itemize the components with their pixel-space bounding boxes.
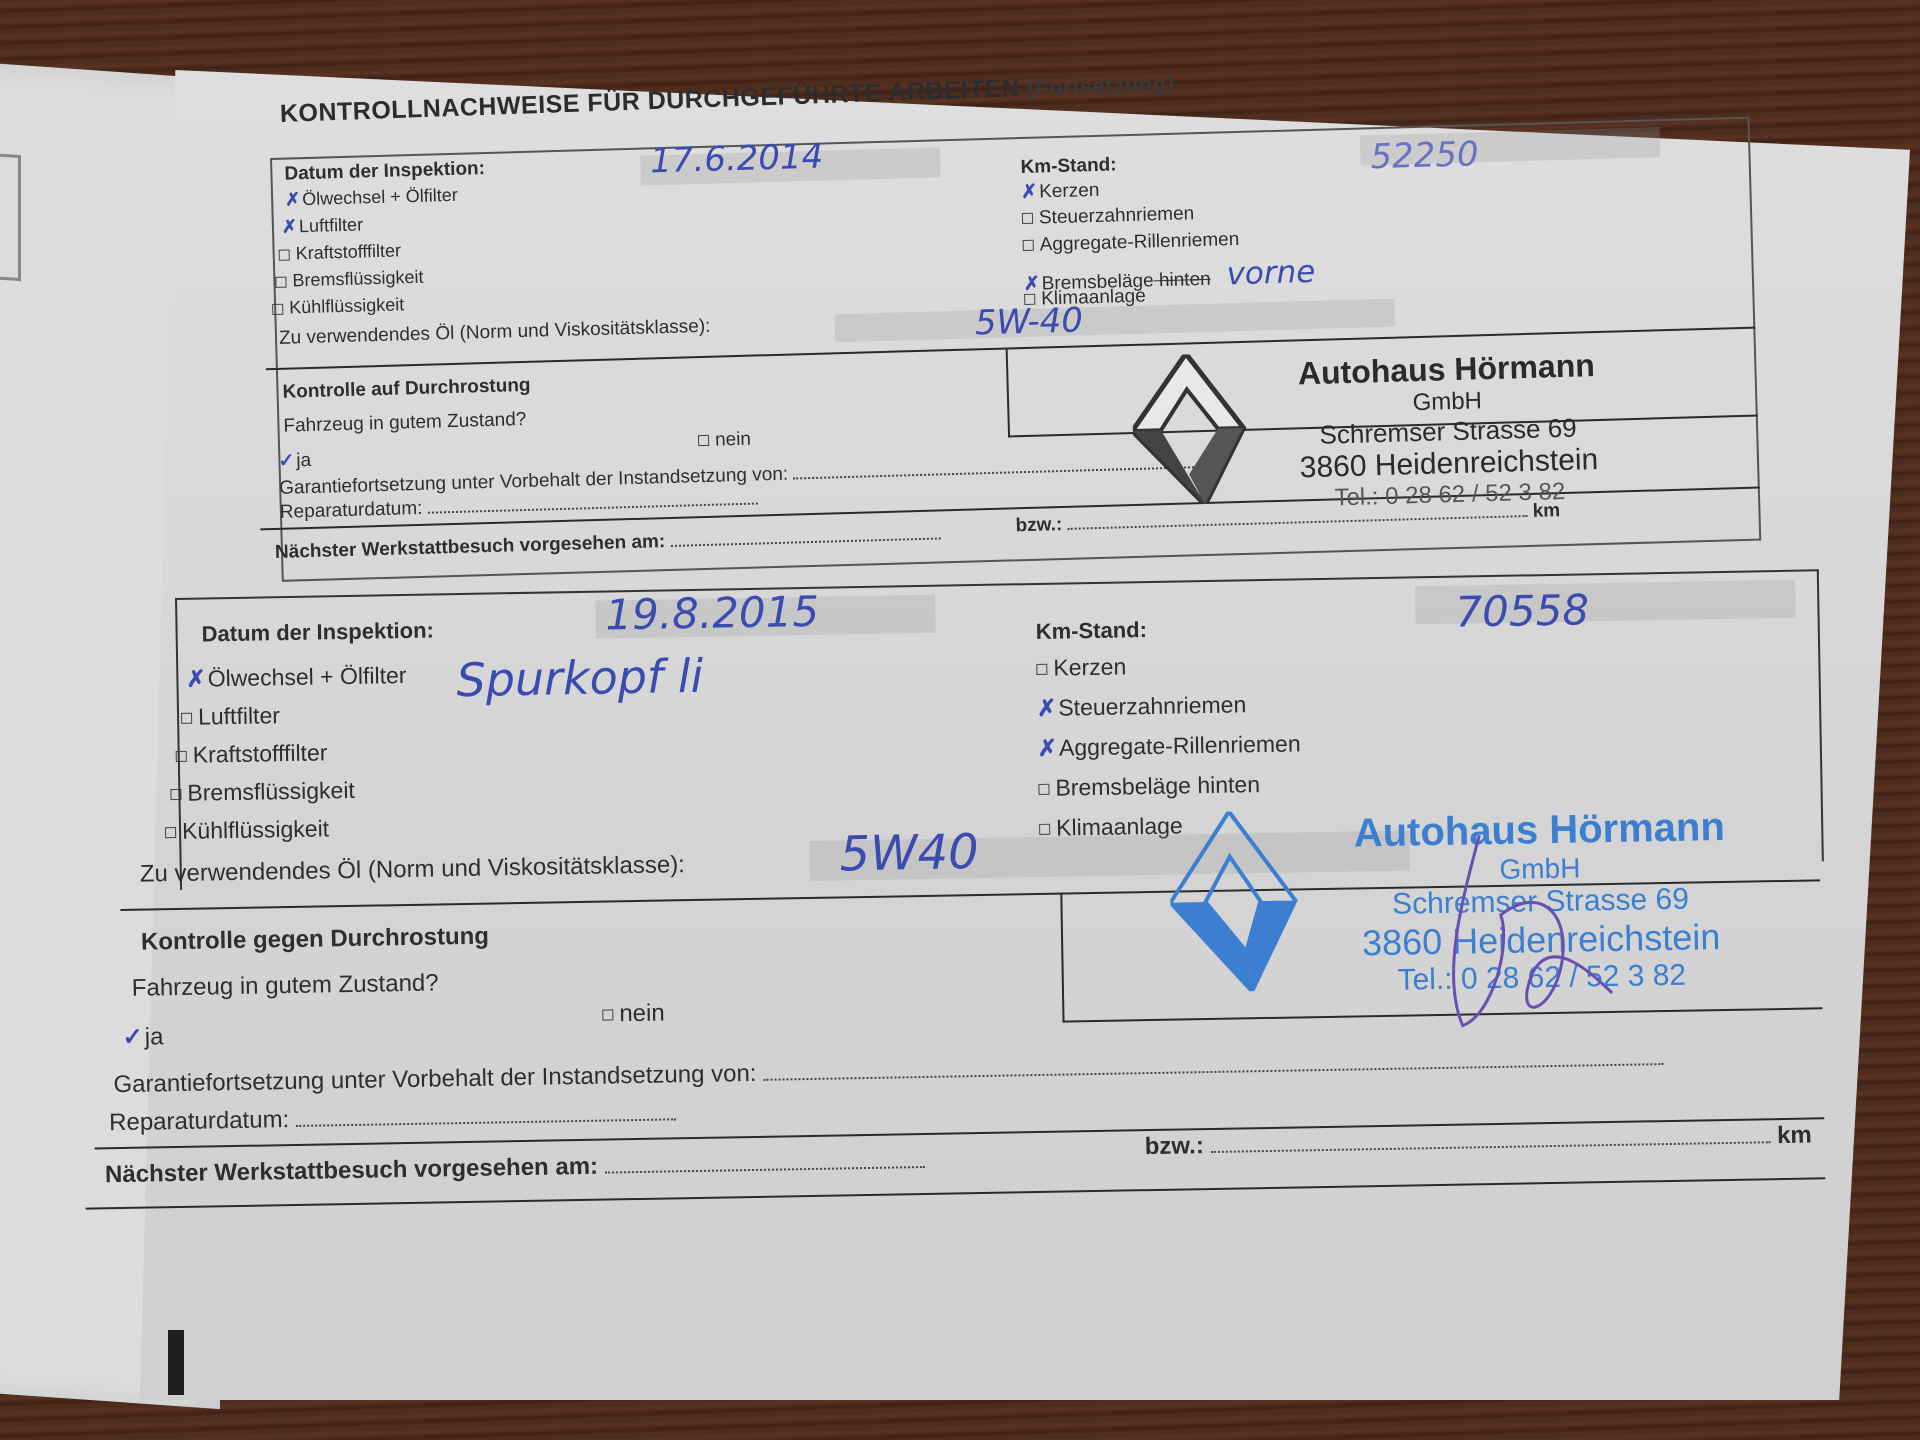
checklist-label: Ölwechsel + Ölfilter [302, 185, 458, 209]
km-stand-label: Km-Stand: [1035, 617, 1147, 645]
checklist-label: Kerzen [1039, 180, 1100, 203]
form-sheet: KONTROLLNACHWEISE FÜR DURCHGEFÜHRTE ARBE… [0, 0, 1920, 1440]
title-suffix: (Fortsetzung) [1027, 71, 1175, 101]
struck-text: hinten [1153, 269, 1211, 292]
handwritten-annotation[interactable]: vorne [1226, 254, 1316, 292]
checkbox-icon[interactable] [1023, 240, 1034, 251]
page-title: KONTROLLNACHWEISE FÜR DURCHGEFÜHRTE ARBE… [279, 69, 1174, 129]
checked-mark-icon[interactable]: ✗ [282, 216, 298, 236]
checklist-item[interactable]: Luftfilter [181, 702, 280, 731]
inspection-entry-2: Datum der Inspektion: 19.8.2015 Km-Stand… [175, 569, 1846, 1238]
checklist-label: Aggregate-Rillenriemen [1059, 730, 1301, 760]
checkbox-icon[interactable] [1038, 784, 1049, 795]
checklist-label: Steuerzahnriemen [1039, 203, 1195, 228]
checklist-label: Luftfilter [198, 702, 280, 729]
dealer-stamp-1: Autohaus Hörmann GmbH Schremser Strasse … [1236, 345, 1660, 515]
checkbox-icon[interactable] [165, 827, 176, 838]
checklist-item[interactable]: ✗Steuerzahnriemen [1037, 691, 1247, 722]
checklist-item[interactable]: Bremsbeläge hinten [1038, 771, 1260, 802]
checklist-item[interactable]: Kerzen [1036, 653, 1126, 682]
warranty-row: Garantiefortsetzung unter Vorbehalt der … [113, 1044, 1663, 1099]
checked-mark-icon[interactable]: ✗ [1038, 735, 1058, 761]
checklist-item[interactable]: Kraftstofffilter [176, 739, 328, 769]
checklist-label: Kraftstofffilter [295, 240, 401, 263]
inspection-entry-1: Datum der Inspektion: 17.6.2014 Km-Stand… [270, 117, 1762, 598]
checklist-item[interactable]: Bremsflüssigkeit [170, 777, 355, 807]
checklist-label: Kraftstofffilter [193, 739, 328, 767]
no-option[interactable]: nein [602, 1000, 665, 1029]
checkbox-icon[interactable] [1036, 664, 1047, 675]
checked-mark-icon[interactable]: ✗ [1021, 182, 1038, 203]
checklist-label: Kerzen [1053, 653, 1126, 680]
inspection-date-label: Datum der Inspektion: [201, 617, 434, 647]
checklist-label: Bremsflüssigkeit [187, 777, 355, 806]
checkbox-icon[interactable] [181, 713, 192, 724]
repair-date-row: Reparaturdatum: [109, 1099, 676, 1137]
checked-mark-icon[interactable]: ✗ [1037, 695, 1057, 721]
checked-mark-icon[interactable]: ✗ [186, 665, 206, 691]
vehicle-condition-label: Fahrzeug in gutem Zustand? [132, 969, 439, 1002]
checked-mark-icon[interactable]: ✗ [285, 189, 301, 209]
checklist-label: Bremsflüssigkeit [292, 267, 424, 291]
km-stand-label: Km-Stand: [1020, 154, 1117, 179]
rust-check-heading: Kontrolle gegen Durchrostung [141, 923, 489, 957]
inspection-date-value[interactable]: 17.6.2014 [650, 137, 824, 182]
checklist-label: Kühlflüssigkeit [289, 294, 405, 317]
checklist-item[interactable]: Kraftstofffilter [278, 240, 401, 264]
km-stand-value[interactable]: 52250 [1370, 134, 1479, 177]
checkbox-icon[interactable] [170, 789, 181, 800]
checkbox-icon[interactable] [279, 249, 290, 260]
yes-option[interactable]: ✓ja [122, 1022, 163, 1052]
stamp-box-divider [1060, 893, 1064, 1023]
checklist-item[interactable]: ✗Luftfilter [282, 214, 364, 237]
checkbox-icon[interactable] [1022, 213, 1033, 224]
page-marker [168, 1330, 184, 1395]
checklist-item[interactable]: Bremsflüssigkeit [275, 267, 424, 292]
checkbox-icon[interactable] [275, 276, 286, 287]
handwritten-note[interactable]: Spurkopf li [456, 649, 704, 707]
checklist-item[interactable]: Kühlflüssigkeit [165, 815, 329, 845]
yes-option[interactable]: ✓ja [278, 449, 311, 473]
checklist-item[interactable]: ✗Aggregate-Rillenriemen [1038, 730, 1301, 762]
checklist-label: Bremsbeläge hinten [1055, 771, 1260, 801]
oil-spec-value[interactable]: 5W-40 [974, 300, 1083, 343]
checkbox-icon[interactable] [176, 751, 187, 762]
km-stand-value[interactable]: 70558 [1455, 585, 1589, 636]
signature [1419, 822, 1643, 1046]
checklist-label: Luftfilter [299, 214, 364, 236]
checkbox-icon[interactable] [272, 303, 283, 314]
next-visit-row: Nächster Werkstattbesuch vorgesehen am: [105, 1147, 925, 1189]
title-text: KONTROLLNACHWEISE FÜR DURCHGEFÜHRTE ARBE… [279, 74, 1020, 128]
checkbox-icon[interactable] [1039, 824, 1050, 835]
checklist-label: Ölwechsel + Ölfilter [207, 662, 406, 691]
checklist-item[interactable]: Kühlflüssigkeit [272, 294, 405, 319]
checklist-item[interactable]: ✗Ölwechsel + Ölfilter [186, 662, 406, 693]
checklist-label: Kühlflüssigkeit [182, 815, 329, 844]
checklist-label: Aggregate-Rillenriemen [1039, 229, 1239, 256]
checklist-label: Steuerzahnriemen [1058, 691, 1246, 720]
checklist-item[interactable]: ✗Kerzen [1021, 179, 1100, 204]
inspection-date-value[interactable]: 19.8.2015 [605, 587, 820, 640]
oil-spec-value[interactable]: 5W40 [839, 824, 979, 882]
no-option[interactable]: nein [698, 429, 752, 452]
